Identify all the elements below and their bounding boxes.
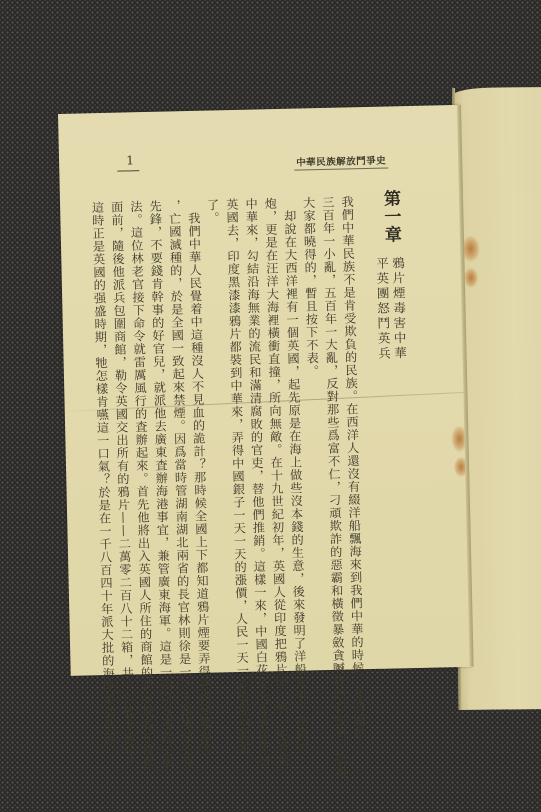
rust-stain xyxy=(464,268,478,288)
rust-stain xyxy=(454,457,468,477)
chapter-title: 第一章 xyxy=(378,189,404,244)
page-number-rule xyxy=(117,170,139,171)
chapter-subtitle-line-2: 平英團怒鬥英兵 xyxy=(372,256,392,361)
rust-stain xyxy=(451,426,468,452)
body-text: 我們中華民族不是肯受欺負的民族。在西洋人還沒有綴洋船飄海來到我們中華的時候，我們… xyxy=(87,195,365,613)
book-page: 中華民族解放鬥爭史 1 第一章 鴉片煙毒害中華 平英團怒鬥英兵 我們中華民族不是… xyxy=(58,105,472,676)
running-head: 中華民族解放鬥爭史 xyxy=(294,153,388,171)
page-number: 1 xyxy=(123,153,137,167)
